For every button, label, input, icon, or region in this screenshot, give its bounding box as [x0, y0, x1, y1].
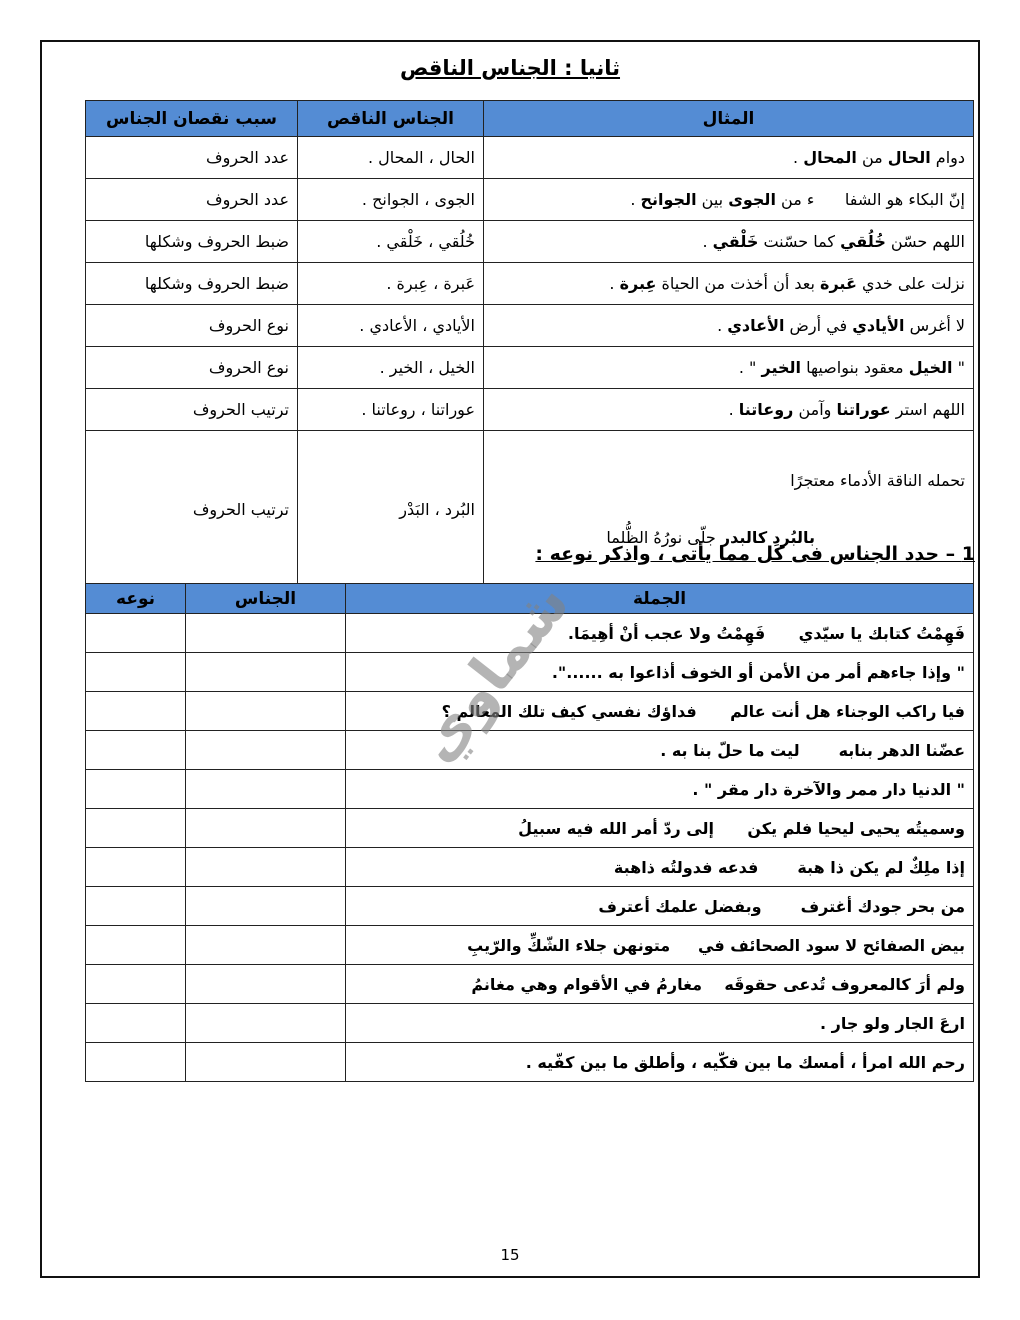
type-answer-cell [86, 770, 186, 809]
jinas-cell: الجوى ، الجوانح . [298, 179, 484, 221]
type-answer-cell [86, 653, 186, 692]
table-header-row: المثال الجناس الناقص سبب نقصان الجناس [86, 101, 974, 137]
type-answer-cell [86, 731, 186, 770]
jinas-answer-cell [186, 926, 346, 965]
table-row: ارعَ الجار ولو جار . [86, 1004, 974, 1043]
table-row: رحم الله امرأ ، أمسك ما بين فكّيه ، وأطل… [86, 1043, 974, 1082]
header-example: المثال [484, 101, 974, 137]
reason-cell: ضبط الحروف وشكلها [86, 221, 298, 263]
header-sentence: الجملة [346, 584, 974, 614]
table-row: " وإذا جاءهم أمر من الأمن أو الخوف أذاعو… [86, 653, 974, 692]
table-row: اللهم استر عوراتنا وآمن روعاتنا . عوراتن… [86, 389, 974, 431]
type-answer-cell [86, 809, 186, 848]
sentence-cell: عضّنا الدهر بنابه ليت ما حلّ بنا به . [346, 731, 974, 770]
sentence-cell: " الدنيا دار ممر والآخرة دار مقر " . [346, 770, 974, 809]
reason-cell: عدد الحروف [86, 179, 298, 221]
table-row: اللهم حسّن خُلُقي كما حسّنت خَلْقي . خُل… [86, 221, 974, 263]
sentence-cell: من بحر جودك أغترف وبفضل علمك أعترف [346, 887, 974, 926]
table-row: بيض الصفائح لا سود الصحائف في متونهن جلا… [86, 926, 974, 965]
reason-cell: نوع الحروف [86, 305, 298, 347]
jinas-cell: الحال ، المحال . [298, 137, 484, 179]
jinas-answer-cell [186, 692, 346, 731]
sentence-cell: " وإذا جاءهم أمر من الأمن أو الخوف أذاعو… [346, 653, 974, 692]
example-cell: اللهم استر عوراتنا وآمن روعاتنا . [484, 389, 974, 431]
jinas-answer-cell [186, 731, 346, 770]
sentence-cell: بيض الصفائح لا سود الصحائف في متونهن جلا… [346, 926, 974, 965]
example-cell: " الخيل معقود بنواصيها الخير " . [484, 347, 974, 389]
reason-cell: ضبط الحروف وشكلها [86, 263, 298, 305]
table-row: إذا ملِكٌ لم يكن ذا هبة فدعه فدولتُه ذاه… [86, 848, 974, 887]
sentence-cell: فَهِمْتُ كتابك يا سيّدي فَهِمْتُ ولا عجب… [346, 614, 974, 653]
sentence-cell: ولم أرَ كالمعروف تُدعى حقوقَه مغارمُ في … [346, 965, 974, 1004]
jinas-answer-cell [186, 1004, 346, 1043]
jinas-cell: الأيادي ، الأعادي . [298, 305, 484, 347]
reason-cell: عدد الحروف [86, 137, 298, 179]
jinas-answer-cell [186, 848, 346, 887]
example-cell: نزلت على خدي عَبرة بعد أن أخذت من الحياة… [484, 263, 974, 305]
type-answer-cell [86, 965, 186, 1004]
table-row: " الدنيا دار ممر والآخرة دار مقر " . [86, 770, 974, 809]
exercise-table: الجملة الجناس نوعه فَهِمْتُ كتابك يا سيّ… [85, 583, 974, 1082]
table-row: وسميتُه يحيى ليحيا فلم يكن إلى ردّ أمر ا… [86, 809, 974, 848]
jinas-answer-cell [186, 653, 346, 692]
type-answer-cell [86, 1004, 186, 1043]
doc-title: ثانيا : الجناس الناقص [0, 56, 1020, 80]
example-cell: لا أغرس الأيادي في أرض الأعادي . [484, 305, 974, 347]
sentence-cell: فيا راكب الوجناء هل أنت عالم فداؤك نفسي … [346, 692, 974, 731]
table-row: نزلت على خدي عَبرة بعد أن أخذت من الحياة… [86, 263, 974, 305]
sentence-cell: ارعَ الجار ولو جار . [346, 1004, 974, 1043]
example-cell: اللهم حسّن خُلُقي كما حسّنت خَلْقي . [484, 221, 974, 263]
jinas-answer-cell [186, 770, 346, 809]
type-answer-cell [86, 848, 186, 887]
type-answer-cell [86, 614, 186, 653]
jinas-answer-cell [186, 1043, 346, 1082]
jinas-cell: عَبرة ، عِبرة . [298, 263, 484, 305]
type-answer-cell [86, 887, 186, 926]
table-row: دوام الحال من المحال . الحال ، المحال . … [86, 137, 974, 179]
jinas-cell: خُلُقي ، خَلْقي . [298, 221, 484, 263]
table-row: لا أغرس الأيادي في أرض الأعادي . الأيادي… [86, 305, 974, 347]
document-page: ثانيا : الجناس الناقص المثال الجناس النا… [0, 0, 1020, 1320]
header-jinas: الجناس الناقص [298, 101, 484, 137]
table-row: فَهِمْتُ كتابك يا سيّدي فَهِمْتُ ولا عجب… [86, 614, 974, 653]
table-row: " الخيل معقود بنواصيها الخير " . الخيل ،… [86, 347, 974, 389]
type-answer-cell [86, 692, 186, 731]
jinas-reference-table: المثال الجناس الناقص سبب نقصان الجناس دو… [85, 100, 974, 588]
type-answer-cell [86, 926, 186, 965]
exercise-heading-text: 1 – حدد الجناس فى كل مما يأتى ، واذكر نو… [535, 543, 975, 565]
jinas-answer-cell [186, 965, 346, 1004]
reason-cell: نوع الحروف [86, 347, 298, 389]
table-row: إنّ البكاء هو الشفا ء من الجوى بين الجوا… [86, 179, 974, 221]
table-row: ولم أرَ كالمعروف تُدعى حقوقَه مغارمُ في … [86, 965, 974, 1004]
jinas-cell: عوراتنا ، روعاتنا . [298, 389, 484, 431]
table-row: عضّنا الدهر بنابه ليت ما حلّ بنا به . [86, 731, 974, 770]
jinas-answer-cell [186, 614, 346, 653]
header-reason: سبب نقصان الجناس [86, 101, 298, 137]
table-row: من بحر جودك أغترف وبفضل علمك أعترف [86, 887, 974, 926]
verse-line-1: تحمله الناقة الأدماء معتجرًا [492, 471, 965, 490]
exercise-heading: 1 – حدد الجناس فى كل مما يأتى ، واذكر نو… [45, 543, 975, 565]
doc-title-text: ثانيا : الجناس الناقص [400, 56, 620, 80]
jinas-answer-cell [186, 809, 346, 848]
sentence-cell: رحم الله امرأ ، أمسك ما بين فكّيه ، وأطل… [346, 1043, 974, 1082]
reason-cell: ترتيب الحروف [86, 389, 298, 431]
example-cell: دوام الحال من المحال . [484, 137, 974, 179]
header-jinas: الجناس [186, 584, 346, 614]
jinas-answer-cell [186, 887, 346, 926]
table-row: فيا راكب الوجناء هل أنت عالم فداؤك نفسي … [86, 692, 974, 731]
sentence-cell: وسميتُه يحيى ليحيا فلم يكن إلى ردّ أمر ا… [346, 809, 974, 848]
example-cell: إنّ البكاء هو الشفا ء من الجوى بين الجوا… [484, 179, 974, 221]
jinas-cell: الخيل ، الخير . [298, 347, 484, 389]
table-header-row: الجملة الجناس نوعه [86, 584, 974, 614]
page-number: 15 [0, 1246, 1020, 1264]
header-type: نوعه [86, 584, 186, 614]
sentence-cell: إذا ملِكٌ لم يكن ذا هبة فدعه فدولتُه ذاه… [346, 848, 974, 887]
type-answer-cell [86, 1043, 186, 1082]
